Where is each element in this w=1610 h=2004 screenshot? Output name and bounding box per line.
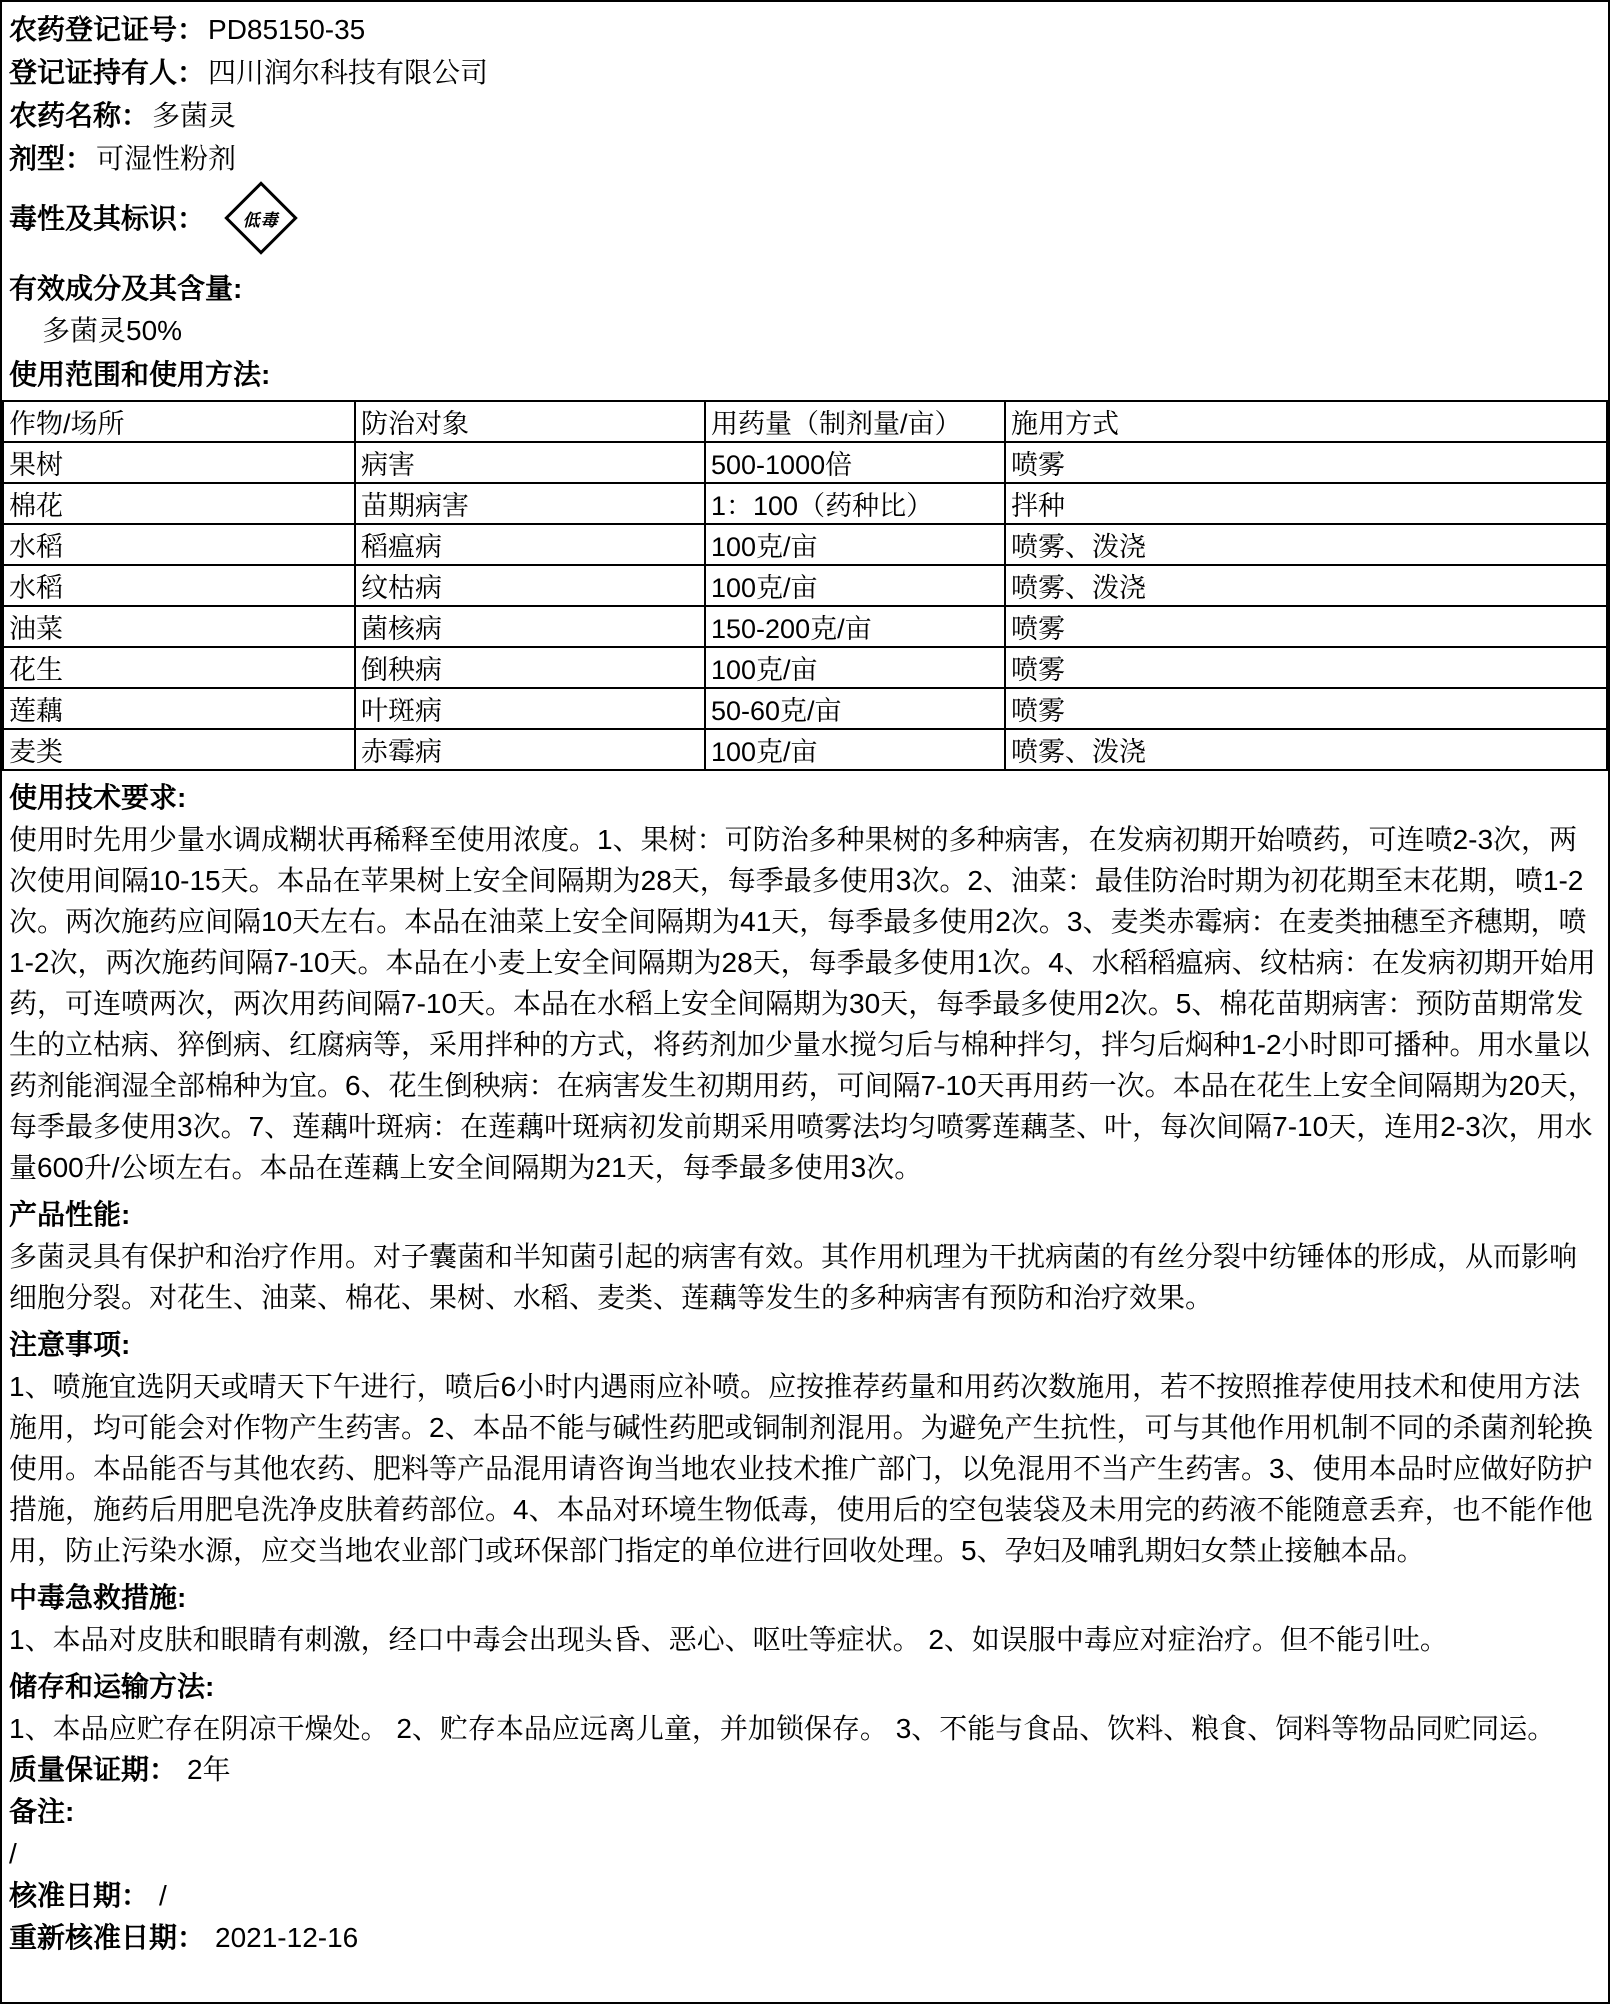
low-toxicity-diamond-icon: 低毒 [224,181,298,255]
pesticide-name-value: 多菌灵 [152,100,236,131]
reapproval-date-label: 重新核准日期： [9,1922,205,1953]
section-heading: 注意事项: [2,1324,1608,1366]
column-header-method: 施用方式 [1005,401,1607,442]
section-body: 使用时先用少量水调成糊状再稀释至使用浓度。1、果树：可防治多种果树的多种病害，在… [2,819,1608,1188]
cell-dosage: 500-1000倍 [705,442,1005,483]
column-header-crop: 作物/场所 [3,401,355,442]
ingredient-item: 多菌灵50% [2,310,1608,352]
table-row: 水稻 纹枯病 100克/亩 喷雾、泼浇 [3,565,1607,606]
remark-value: / [2,1833,1608,1875]
cell-target: 菌核病 [355,606,705,647]
table-row: 油菜 菌核病 150-200克/亩 喷雾 [3,606,1607,647]
section-body: 1、本品对皮肤和眼睛有刺激，经口中毒会出现头昏、恶心、呕吐等症状。 2、如误服中… [2,1619,1608,1660]
table-header-row: 作物/场所 防治对象 用药量（制剂量/亩） 施用方式 [3,401,1607,442]
cell-crop: 麦类 [3,729,355,770]
cell-crop: 花生 [3,647,355,688]
quality-guarantee-value: 2年 [187,1754,231,1785]
cell-method: 喷雾 [1005,647,1607,688]
registration-number-label: 农药登记证号： [9,14,205,45]
field-toxicity: 毒性及其标识： 低毒 [2,180,1608,254]
section-body: 多菌灵具有保护和治疗作用。对子囊菌和半知菌引起的病害有效。其作用机理为干扰病菌的… [2,1236,1608,1318]
field-formulation: 剂型：可湿性粉剂 [2,137,1608,180]
section-storage-transport: 储存和运输方法: 1、本品应贮存在阴凉干燥处。 2、贮存本品应远离儿童，并加锁保… [2,1666,1608,1749]
cell-dosage: 100克/亩 [705,729,1005,770]
cell-crop: 棉花 [3,483,355,524]
cell-dosage: 100克/亩 [705,524,1005,565]
section-first-aid: 中毒急救措施: 1、本品对皮肤和眼睛有刺激，经口中毒会出现头昏、恶心、呕吐等症状… [2,1577,1608,1660]
cell-method: 喷雾 [1005,442,1607,483]
section-tech-requirements: 使用技术要求: 使用时先用少量水调成糊状再稀释至使用浓度。1、果树：可防治多种果… [2,777,1608,1188]
cell-crop: 果树 [3,442,355,483]
cell-method: 拌种 [1005,483,1607,524]
toxicity-badge-text: 低毒 [243,206,279,231]
column-header-dosage: 用药量（制剂量/亩） [705,401,1005,442]
table-row: 果树 病害 500-1000倍 喷雾 [3,442,1607,483]
cell-dosage: 50-60克/亩 [705,688,1005,729]
cell-target: 赤霉病 [355,729,705,770]
section-heading: 产品性能: [2,1194,1608,1236]
section-precautions: 注意事项: 1、喷施宜选阴天或晴天下午进行，喷后6小时内遇雨应补喷。应按推荐药量… [2,1324,1608,1571]
cell-dosage: 100克/亩 [705,647,1005,688]
cell-dosage: 150-200克/亩 [705,606,1005,647]
table-row: 莲藕 叶斑病 50-60克/亩 喷雾 [3,688,1607,729]
reapproval-date-value: 2021-12-16 [215,1922,358,1953]
cell-crop: 水稻 [3,524,355,565]
remark-label: 备注: [9,1796,74,1827]
section-product-performance: 产品性能: 多菌灵具有保护和治疗作用。对子囊菌和半知菌引起的病害有效。其作用机理… [2,1194,1608,1318]
table-row: 花生 倒秧病 100克/亩 喷雾 [3,647,1607,688]
pesticide-name-label: 农药名称： [9,100,149,131]
quality-guarantee-label: 质量保证期： [9,1754,177,1785]
cell-target: 纹枯病 [355,565,705,606]
cell-method: 喷雾、泼浇 [1005,729,1607,770]
approval-date-label: 核准日期： [9,1880,149,1911]
cell-method: 喷雾 [1005,688,1607,729]
cell-target: 苗期病害 [355,483,705,524]
section-body: 1、喷施宜选阴天或晴天下午进行，喷后6小时内遇雨应补喷。应按推荐药量和用药次数施… [2,1366,1608,1571]
field-reapproval-date: 重新核准日期：2021-12-16 [2,1917,1608,1959]
section-heading: 中毒急救措施: [2,1577,1608,1619]
cell-target: 稻瘟病 [355,524,705,565]
certificate-holder-value: 四川润尔科技有限公司 [208,57,488,88]
approval-date-value: / [159,1880,167,1911]
cell-target: 病害 [355,442,705,483]
field-quality-guarantee: 质量保证期：2年 [2,1749,1608,1791]
pesticide-registration-document: 农药登记证号：PD85150-35 登记证持有人：四川润尔科技有限公司 农药名称… [0,0,1610,2004]
table-row: 棉花 苗期病害 1：100（药种比） 拌种 [3,483,1607,524]
certificate-holder-label: 登记证持有人： [9,57,205,88]
formulation-value: 可湿性粉剂 [96,143,236,174]
table-row: 麦类 赤霉病 100克/亩 喷雾、泼浇 [3,729,1607,770]
field-remark: 备注: [2,1791,1608,1833]
section-heading: 储存和运输方法: [2,1666,1608,1708]
usage-table-heading: 使用范围和使用方法: [2,354,1608,396]
cell-crop: 莲藕 [3,688,355,729]
cell-dosage: 1：100（药种比） [705,483,1005,524]
cell-method: 喷雾 [1005,606,1607,647]
registration-number-value: PD85150-35 [208,14,365,45]
toxicity-label: 毒性及其标识： [9,197,205,237]
cell-target: 叶斑病 [355,688,705,729]
ingredients-heading: 有效成分及其含量: [2,268,1608,310]
column-header-target: 防治对象 [355,401,705,442]
section-heading: 使用技术要求: [2,777,1608,819]
table-row: 水稻 稻瘟病 100克/亩 喷雾、泼浇 [3,524,1607,565]
formulation-label: 剂型： [9,143,93,174]
section-body: 1、本品应贮存在阴凉干燥处。 2、贮存本品应远离儿童，并加锁保存。 3、不能与食… [2,1708,1608,1749]
usage-table: 作物/场所 防治对象 用药量（制剂量/亩） 施用方式 果树 病害 500-100… [2,400,1608,771]
cell-dosage: 100克/亩 [705,565,1005,606]
field-approval-date: 核准日期：/ [2,1875,1608,1917]
cell-crop: 油菜 [3,606,355,647]
cell-target: 倒秧病 [355,647,705,688]
field-certificate-holder: 登记证持有人：四川润尔科技有限公司 [2,51,1608,94]
field-pesticide-name: 农药名称：多菌灵 [2,94,1608,137]
field-registration-number: 农药登记证号：PD85150-35 [2,8,1608,51]
cell-crop: 水稻 [3,565,355,606]
cell-method: 喷雾、泼浇 [1005,565,1607,606]
cell-method: 喷雾、泼浇 [1005,524,1607,565]
